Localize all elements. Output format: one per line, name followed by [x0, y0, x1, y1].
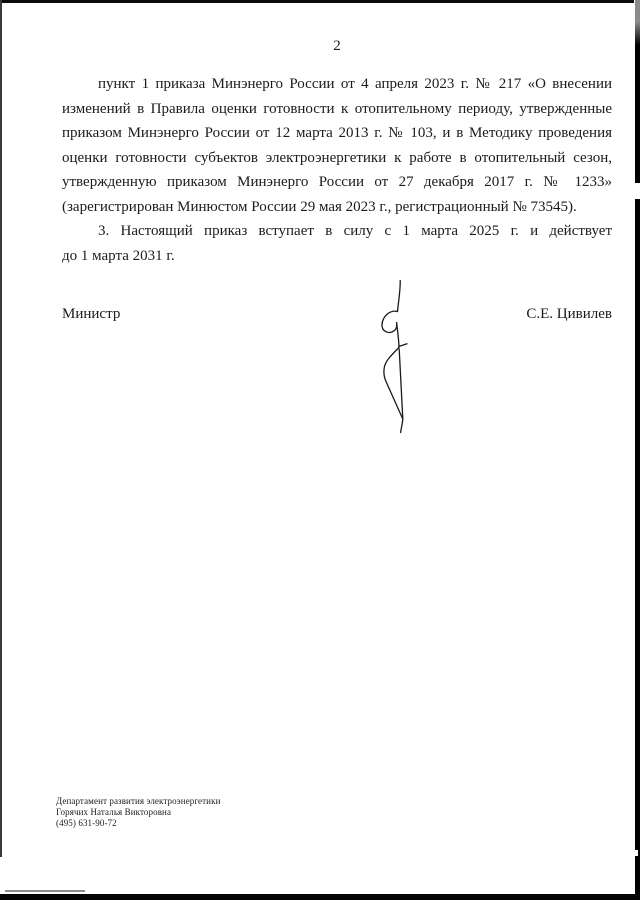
scan-border-top: [0, 0, 634, 3]
scan-border-gap: [635, 183, 640, 199]
paragraph1-line: (зарегистрирован Минюстом России 29 мая …: [62, 195, 612, 220]
minister-title: Министр: [62, 306, 120, 323]
scan-border-gap: [635, 850, 638, 856]
scan-border-bottom: [0, 894, 640, 900]
footer-executor-name: Горячих Наталья Викторовна: [56, 807, 221, 818]
paragraph1-line: оценки готовности субъектов электроэнерг…: [62, 146, 612, 171]
paragraph2-line: 3. Настоящий приказ вступает в силу с 1 …: [62, 219, 612, 244]
signature-row: Министр С.Е. Цивилев: [62, 306, 612, 323]
document-body: пункт 1 приказа Минэнерго России от 4 ап…: [62, 72, 612, 268]
page-number: 2: [62, 38, 612, 55]
document-page: 2 пункт 1 приказа Минэнерго России от 4 …: [0, 0, 640, 900]
paragraph1-line: приказом Минэнерго России от 12 марта 20…: [62, 121, 612, 146]
footer-phone: (495) 631-90-72: [56, 818, 221, 829]
minister-signature: [368, 272, 428, 437]
paragraph1-line: изменений в Правила оценки готовности к …: [62, 97, 612, 122]
paragraph1-line: утвержденную приказом Минэнерго России о…: [62, 170, 612, 195]
paragraph2-line: до 1 марта 2031 г.: [62, 244, 612, 269]
minister-name: С.Е. Цивилев: [526, 306, 612, 323]
footer-contact-block: Департамент развития электроэнергетики Г…: [56, 796, 221, 829]
scan-border-left: [0, 0, 2, 857]
scan-border-right: [635, 0, 640, 900]
paragraph1-line: пункт 1 приказа Минэнерго России от 4 ап…: [62, 72, 612, 97]
scan-smudge: [5, 890, 85, 892]
footer-department: Департамент развития электроэнергетики: [56, 796, 221, 807]
